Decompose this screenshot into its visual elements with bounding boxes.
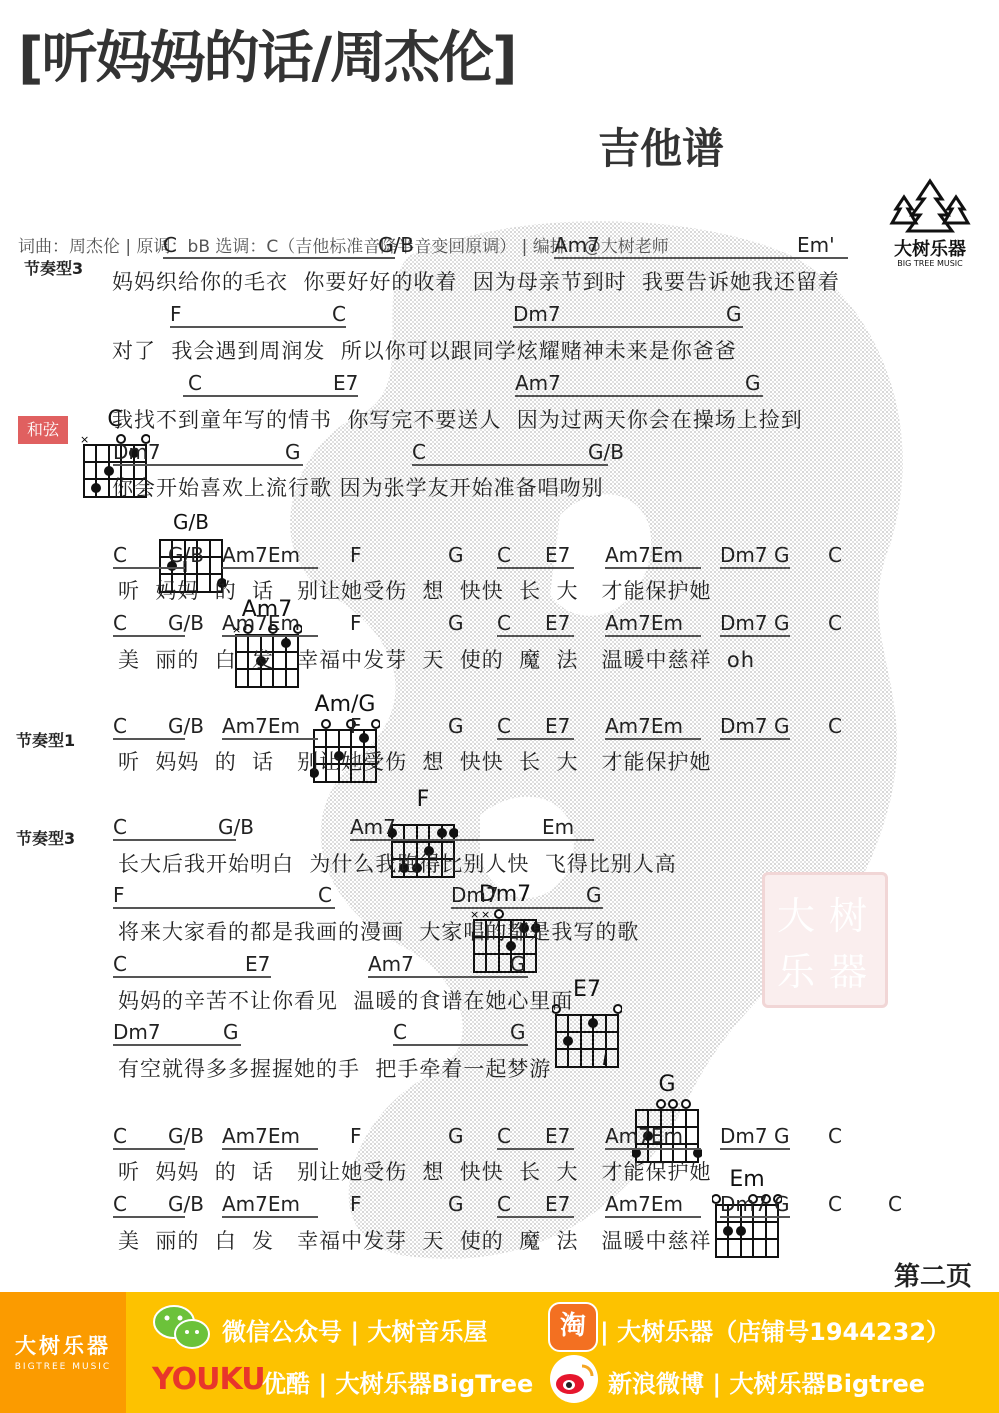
seal-char: 乐 — [777, 941, 815, 996]
chord: G/B — [218, 815, 254, 839]
chord: G — [510, 952, 526, 976]
chord: G/B — [168, 1192, 204, 1216]
chord: C — [113, 543, 127, 567]
lyric-line: 有空就得多多握握她的手 把手牵着一起梦游 — [118, 1053, 551, 1083]
chord: Dm7 G — [720, 611, 789, 635]
footer-brand: 大树乐器 BIGTREE MUSIC — [0, 1292, 126, 1413]
chord: Am7 — [368, 952, 414, 976]
chord: Dm7 G — [720, 1192, 789, 1216]
underline — [113, 738, 185, 740]
chord: Am7Em — [222, 1124, 300, 1148]
underline — [222, 1216, 318, 1218]
chord: E7 — [333, 371, 358, 395]
chord: C — [113, 1192, 127, 1216]
underline — [412, 464, 608, 466]
underline — [497, 567, 574, 569]
chord: Dm7 — [113, 1020, 161, 1044]
lyric-line: 听 妈妈 的 话 别让她受伤 想 快快 长 大 才能保护她 — [118, 1156, 712, 1186]
chord: Em' — [797, 233, 835, 257]
underline — [113, 1216, 185, 1218]
underline — [605, 1216, 701, 1218]
chord: G — [448, 1124, 464, 1148]
chord-diagram-am7: Am7 × — [232, 595, 302, 690]
underline — [497, 635, 574, 637]
underline — [113, 567, 185, 569]
chord: G — [448, 714, 464, 738]
chord: G/B — [168, 1124, 204, 1148]
underline — [113, 464, 303, 466]
chord: Am7Em — [222, 543, 300, 567]
underline — [222, 635, 318, 637]
chord: E7 — [545, 611, 570, 635]
chord: F — [350, 1192, 362, 1216]
underline — [720, 738, 790, 740]
underline — [222, 1148, 318, 1150]
chord-name: Am/G — [310, 692, 380, 717]
chord: C — [497, 714, 511, 738]
chord: C — [828, 714, 842, 738]
tree-logo-icon — [880, 177, 980, 235]
chord: F — [350, 543, 362, 567]
chord: E7 — [545, 714, 570, 738]
chord: C — [828, 1192, 842, 1216]
page-number: 第二页 — [894, 1256, 972, 1293]
underline — [515, 395, 763, 397]
chord: Dm7 — [513, 302, 561, 326]
chord: C — [497, 611, 511, 635]
underline — [605, 738, 701, 740]
youku-logo-icon: YOUKU — [152, 1362, 265, 1397]
chord: Em — [542, 815, 574, 839]
chord: Dm7 G — [720, 1124, 789, 1148]
taobao-store[interactable]: | 大树乐器（店铺号1944232） — [600, 1312, 950, 1347]
weibo-account[interactable]: 新浪微博 | 大树乐器Bigtree — [608, 1364, 925, 1399]
chord: G/B — [168, 714, 204, 738]
lyric-line: 美 丽的 白 发 幸福中发芽 天 使的 魔 法 温暖中慈祥 — [118, 1225, 712, 1255]
song-title: [听妈妈的话/周杰伦] — [18, 14, 999, 94]
logo-text-en: BIG TREE MUSIC — [880, 259, 980, 268]
lyric-line: 将来大家看的都是我画的漫画 大家唱的都是我写的歌 — [118, 916, 639, 946]
youku-channel[interactable]: 优酷 | 大树乐器BigTree — [262, 1364, 533, 1399]
chord: G/B — [588, 440, 624, 464]
chord: C — [393, 1020, 407, 1044]
underline — [720, 1148, 790, 1150]
underline — [393, 1044, 528, 1046]
underline — [720, 635, 790, 637]
chord: C — [828, 611, 842, 635]
chord: C — [113, 611, 127, 635]
lyric-line: 美 丽的 白 发 幸福中发芽 天 使的 魔 法 温暖中慈祥 oh — [118, 644, 755, 674]
lyric-line: 听 妈妈 的 话 别让她受伤 想 快快 长 大 才能保护她 — [118, 746, 712, 776]
underline — [554, 257, 848, 259]
chord-name: G — [632, 1072, 702, 1097]
seal-char: 树 — [829, 885, 867, 940]
chord: G — [448, 611, 464, 635]
underline — [497, 738, 574, 740]
chord: C — [163, 233, 177, 257]
svg-text:×: × — [80, 433, 89, 446]
chord: G — [586, 883, 602, 907]
chord: C — [497, 543, 511, 567]
chord: C — [113, 714, 127, 738]
rhythm-label: 节奏型3 — [24, 256, 83, 279]
chord: G/B — [168, 543, 204, 567]
underline — [113, 635, 185, 637]
underline — [113, 907, 335, 909]
taobao-icon: 淘 — [548, 1302, 598, 1352]
lyric-line: 长大后我开始明白 为什么我跑得比别人快 飞得比别人高 — [118, 848, 677, 878]
underline — [113, 976, 271, 978]
chord: G/B — [168, 611, 204, 635]
seal-char: 大 — [777, 885, 815, 940]
underline — [113, 839, 236, 841]
chord: C — [888, 1192, 902, 1216]
chord: F — [350, 1124, 362, 1148]
wechat-icon — [152, 1304, 212, 1352]
rhythm-label: 节奏型1 — [16, 728, 75, 751]
chord: Dm7 — [451, 883, 499, 907]
underline — [451, 907, 603, 909]
chord: Dm7 G — [720, 543, 789, 567]
chord: F — [350, 714, 362, 738]
chord: G — [448, 1192, 464, 1216]
underline — [113, 1148, 185, 1150]
chord: E7 — [545, 543, 570, 567]
underline — [183, 395, 358, 397]
brand-seal-watermark: 大 树 乐 器 — [762, 872, 888, 1008]
chord: G — [510, 1020, 526, 1044]
seal-char: 器 — [829, 941, 867, 996]
brand-logo: 大树乐器 BIG TREE MUSIC — [880, 177, 980, 269]
underline — [350, 839, 594, 841]
chord: C — [828, 543, 842, 567]
chord: Am7Em — [222, 1192, 300, 1216]
lyric-line: 你会开始喜欢上流行歌 因为张学友开始准备唱吻别 — [112, 472, 604, 502]
chord: Am7 — [515, 371, 561, 395]
chord: G — [448, 543, 464, 567]
chord: Am7Em — [222, 611, 300, 635]
underline — [222, 567, 318, 569]
lyric-line: 妈妈织给你的毛衣 你要好好的收着 因为母亲节到时 我要告诉她我还留着 — [112, 266, 840, 296]
chord-name: F — [388, 787, 458, 812]
underline — [497, 1216, 574, 1218]
chord: E7 — [545, 1192, 570, 1216]
chord: F — [170, 302, 182, 326]
chord: G — [223, 1020, 239, 1044]
chord: C — [497, 1124, 511, 1148]
chord: C — [113, 952, 127, 976]
chord: C — [318, 883, 332, 907]
lyric-line: 妈妈的辛苦不让你看见 温暖的食谱在她心里面 — [118, 985, 573, 1015]
underline — [497, 1148, 574, 1150]
underline — [368, 976, 528, 978]
footer-brand-cn: 大树乐器 — [0, 1330, 126, 1360]
chord: Am7Em — [605, 543, 683, 567]
chord: G — [745, 371, 761, 395]
underline — [113, 1044, 241, 1046]
chord: Am7Em — [605, 714, 683, 738]
chord: C — [828, 1124, 842, 1148]
footer-brand-en: BIGTREE MUSIC — [0, 1362, 126, 1372]
underline — [720, 1216, 790, 1218]
rhythm-label: 节奏型3 — [16, 826, 75, 849]
lyric-line: 我找不到童年写的情书 你写完不要送人 因为过两天你会在操场上捡到 — [112, 404, 803, 434]
footer-banner: 大树乐器 BIGTREE MUSIC 微信公众号 | 大树音乐屋 淘 | 大树乐… — [0, 1292, 999, 1413]
chord: E7 — [545, 1124, 570, 1148]
chord-section-badge: 和弦 — [18, 416, 68, 444]
chord: G — [285, 440, 301, 464]
chord: Am7Em — [222, 714, 300, 738]
chord: F — [113, 883, 125, 907]
title-suffix: 吉他谱 — [598, 116, 999, 176]
chord: Dm7 — [113, 440, 161, 464]
chord: C — [188, 371, 202, 395]
underline — [605, 567, 701, 569]
chord: Am7Em — [605, 1124, 683, 1148]
chord: C — [412, 440, 426, 464]
chord: C — [113, 1124, 127, 1148]
underline — [513, 326, 743, 328]
underline — [222, 738, 318, 740]
underline — [170, 326, 346, 328]
chord: F — [350, 611, 362, 635]
underline — [605, 1148, 701, 1150]
underline — [720, 567, 790, 569]
chord: E7 — [245, 952, 270, 976]
chord: G/B — [378, 233, 414, 257]
chord-name: Em — [712, 1167, 782, 1192]
chord: Am7Em — [605, 611, 683, 635]
underline — [605, 635, 701, 637]
chord: G — [726, 302, 742, 326]
logo-text-cn: 大树乐器 — [880, 235, 980, 261]
lyric-line: 对了 我会遇到周润发 所以你可以跟同学炫耀赌神未来是你爸爸 — [112, 335, 737, 365]
chord: Dm7 G — [720, 714, 789, 738]
chord: C — [497, 1192, 511, 1216]
weibo-icon — [548, 1354, 600, 1404]
chord: Am7 — [350, 815, 396, 839]
chord-diagram-g: G — [632, 1070, 702, 1165]
chord: C — [332, 302, 346, 326]
chord: Am7Em — [605, 1192, 683, 1216]
lyric-line: 听 妈妈 的 话 别让她受伤 想 快快 长 大 才能保护她 — [118, 575, 712, 605]
chord: Am7 — [554, 233, 600, 257]
underline — [163, 257, 395, 259]
chord: C — [113, 815, 127, 839]
wechat-account[interactable]: 微信公众号 | 大树音乐屋 — [222, 1312, 487, 1347]
